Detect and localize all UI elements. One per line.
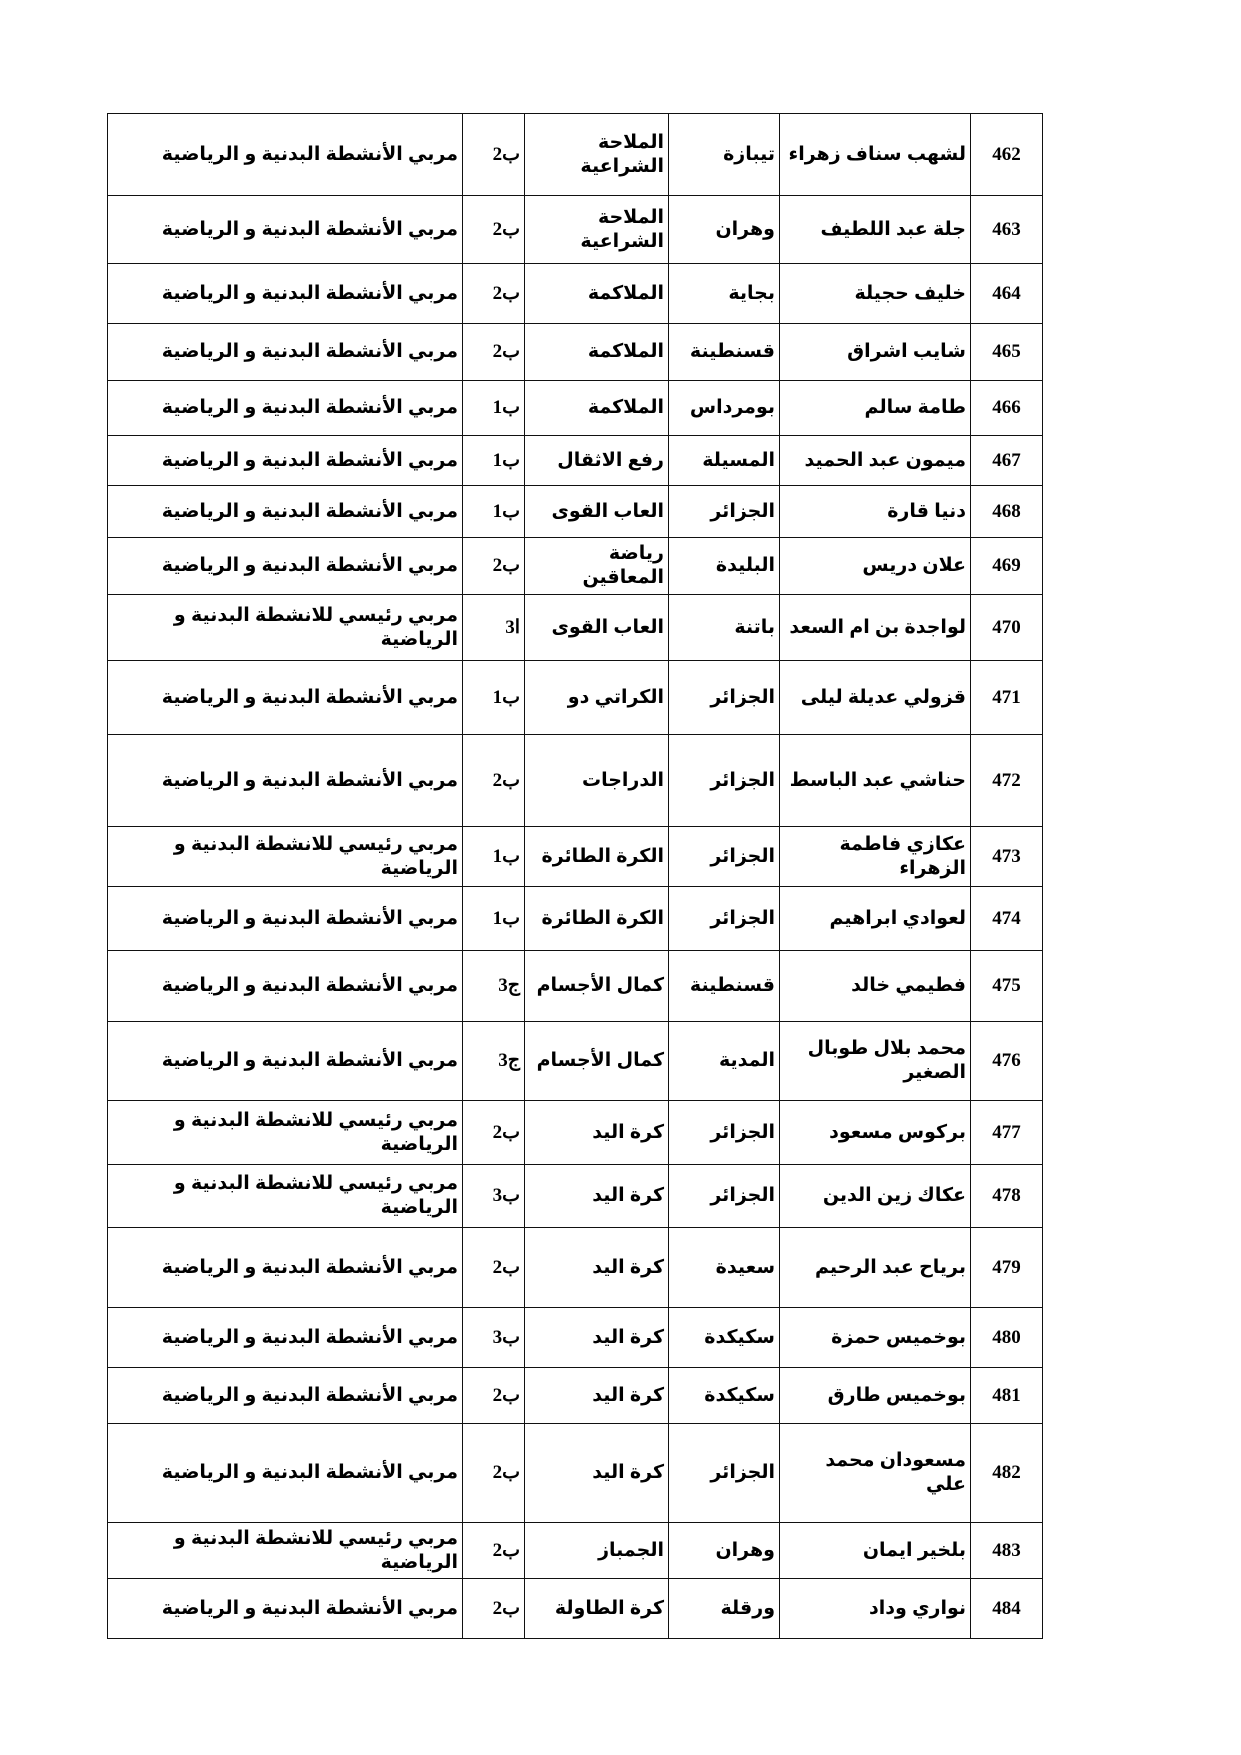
title-cell: مربي الأنشطة البدنية و الرياضية xyxy=(108,887,463,951)
title-cell: مربي رئيسي للانشطة البدنية و الرياضية xyxy=(108,1165,463,1228)
title-cell: مربي الأنشطة البدنية و الرياضية xyxy=(108,324,463,381)
title-cell: مربي الأنشطة البدنية و الرياضية xyxy=(108,538,463,595)
wilaya-cell: المسيلة xyxy=(669,436,780,486)
row-number-cell: 472 xyxy=(971,735,1043,827)
table-row: 465شايب اشراققسنطينةالملاكمةب2مربي الأنش… xyxy=(108,324,1043,381)
document-page: 462لشهب سناف زهراءتيبازةالملاحة الشراعية… xyxy=(0,0,1241,1755)
wilaya-cell: الجزائر xyxy=(669,1424,780,1523)
table-row: 476محمد بلال طوبال الصغيرالمديةكمال الأج… xyxy=(108,1022,1043,1101)
level-cell: ب3 xyxy=(463,1165,525,1228)
row-number-cell: 481 xyxy=(971,1368,1043,1424)
table-row: 484نواري ودادورقلةكرة الطاولةب2مربي الأن… xyxy=(108,1579,1043,1639)
sport-cell: كرة اليد xyxy=(525,1101,669,1165)
title-cell: مربي رئيسي للانشطة البدنية و الرياضية xyxy=(108,1101,463,1165)
wilaya-cell: بومرداس xyxy=(669,381,780,436)
name-cell: نواري وداد xyxy=(780,1579,971,1639)
title-cell: مربي الأنشطة البدنية و الرياضية xyxy=(108,381,463,436)
row-number-cell: 474 xyxy=(971,887,1043,951)
name-cell: دنيا قارة xyxy=(780,486,971,538)
wilaya-cell: الجزائر xyxy=(669,486,780,538)
wilaya-cell: الجزائر xyxy=(669,735,780,827)
sport-cell: الملاحة الشراعية xyxy=(525,196,669,264)
name-cell: حناشي عبد الباسط xyxy=(780,735,971,827)
name-cell: قزولي عديلة ليلى xyxy=(780,661,971,735)
title-cell: مربي الأنشطة البدنية و الرياضية xyxy=(108,1424,463,1523)
sport-cell: الملاحة الشراعية xyxy=(525,114,669,196)
row-number-cell: 478 xyxy=(971,1165,1043,1228)
row-number-cell: 475 xyxy=(971,951,1043,1022)
level-cell: ب1 xyxy=(463,661,525,735)
row-number-cell: 470 xyxy=(971,595,1043,661)
name-cell: لعوادي ابراهيم xyxy=(780,887,971,951)
level-cell: ب2 xyxy=(463,196,525,264)
row-number-cell: 462 xyxy=(971,114,1043,196)
sport-cell: العاب القوى xyxy=(525,486,669,538)
wilaya-cell: الجزائر xyxy=(669,661,780,735)
level-cell: ب2 xyxy=(463,1424,525,1523)
row-number-cell: 480 xyxy=(971,1308,1043,1368)
row-number-cell: 479 xyxy=(971,1228,1043,1308)
row-number-cell: 482 xyxy=(971,1424,1043,1523)
wilaya-cell: وهران xyxy=(669,1523,780,1579)
title-cell: مربي الأنشطة البدنية و الرياضية xyxy=(108,486,463,538)
table-row: 463جلة عبد اللطيفوهرانالملاحة الشراعيةب2… xyxy=(108,196,1043,264)
title-cell: مربي الأنشطة البدنية و الرياضية xyxy=(108,1022,463,1101)
row-number-cell: 466 xyxy=(971,381,1043,436)
table-row: 479برياح عبد الرحيمسعيدةكرة اليدب2مربي ا… xyxy=(108,1228,1043,1308)
row-number-cell: 464 xyxy=(971,264,1043,324)
level-cell: ب1 xyxy=(463,827,525,887)
sport-cell: رفع الاثقال xyxy=(525,436,669,486)
table-row: 464خليف حجيلةبجايةالملاكمةب2مربي الأنشطة… xyxy=(108,264,1043,324)
name-cell: بلخير ايمان xyxy=(780,1523,971,1579)
row-number-cell: 468 xyxy=(971,486,1043,538)
name-cell: ميمون عبد الحميد xyxy=(780,436,971,486)
table-row: 473عكازي فاطمة الزهراءالجزائرالكرة الطائ… xyxy=(108,827,1043,887)
row-number-cell: 473 xyxy=(971,827,1043,887)
title-cell: مربي رئيسي للانشطة البدنية و الرياضية xyxy=(108,827,463,887)
level-cell: ب2 xyxy=(463,735,525,827)
sport-cell: الملاكمة xyxy=(525,324,669,381)
table-body: 462لشهب سناف زهراءتيبازةالملاحة الشراعية… xyxy=(108,114,1043,1639)
title-cell: مربي الأنشطة البدنية و الرياضية xyxy=(108,661,463,735)
wilaya-cell: قسنطينة xyxy=(669,951,780,1022)
row-number-cell: 463 xyxy=(971,196,1043,264)
level-cell: ب2 xyxy=(463,1101,525,1165)
sport-cell: كرة اليد xyxy=(525,1368,669,1424)
name-cell: مسعودان محمد علي xyxy=(780,1424,971,1523)
row-number-cell: 476 xyxy=(971,1022,1043,1101)
row-number-cell: 471 xyxy=(971,661,1043,735)
table-row: 480بوخميس حمزةسكيكدةكرة اليدب3مربي الأنش… xyxy=(108,1308,1043,1368)
level-cell: ج3 xyxy=(463,951,525,1022)
title-cell: مربي الأنشطة البدنية و الرياضية xyxy=(108,436,463,486)
level-cell: ب2 xyxy=(463,1523,525,1579)
name-cell: شايب اشراق xyxy=(780,324,971,381)
level-cell: ب2 xyxy=(463,1579,525,1639)
sport-cell: كرة اليد xyxy=(525,1424,669,1523)
table-row: 462لشهب سناف زهراءتيبازةالملاحة الشراعية… xyxy=(108,114,1043,196)
table-row: 481بوخميس طارقسكيكدةكرة اليدب2مربي الأنش… xyxy=(108,1368,1043,1424)
title-cell: مربي الأنشطة البدنية و الرياضية xyxy=(108,114,463,196)
row-number-cell: 467 xyxy=(971,436,1043,486)
table-row: 466طامة سالمبومرداسالملاكمةب1مربي الأنشط… xyxy=(108,381,1043,436)
table-row: 475فطيمي خالدقسنطينةكمال الأجسامج3مربي ا… xyxy=(108,951,1043,1022)
wilaya-cell: باتنة xyxy=(669,595,780,661)
sport-cell: العاب القوى xyxy=(525,595,669,661)
row-number-cell: 465 xyxy=(971,324,1043,381)
wilaya-cell: وهران xyxy=(669,196,780,264)
sport-cell: كمال الأجسام xyxy=(525,1022,669,1101)
level-cell: ب1 xyxy=(463,436,525,486)
level-cell: ب2 xyxy=(463,538,525,595)
title-cell: مربي الأنشطة البدنية و الرياضية xyxy=(108,951,463,1022)
name-cell: محمد بلال طوبال الصغير xyxy=(780,1022,971,1101)
level-cell: ب1 xyxy=(463,887,525,951)
sport-cell: الملاكمة xyxy=(525,264,669,324)
name-cell: طامة سالم xyxy=(780,381,971,436)
table-row: 471قزولي عديلة ليلىالجزائرالكراتي دوب1مر… xyxy=(108,661,1043,735)
title-cell: مربي الأنشطة البدنية و الرياضية xyxy=(108,1228,463,1308)
name-cell: خليف حجيلة xyxy=(780,264,971,324)
row-number-cell: 469 xyxy=(971,538,1043,595)
table-row: 482مسعودان محمد عليالجزائركرة اليدب2مربي… xyxy=(108,1424,1043,1523)
table-row: 468دنيا قارةالجزائرالعاب القوىب1مربي الأ… xyxy=(108,486,1043,538)
name-cell: بوخميس حمزة xyxy=(780,1308,971,1368)
level-cell: ب2 xyxy=(463,264,525,324)
sport-cell: الكراتي دو xyxy=(525,661,669,735)
name-cell: لشهب سناف زهراء xyxy=(780,114,971,196)
name-cell: بوخميس طارق xyxy=(780,1368,971,1424)
wilaya-cell: الجزائر xyxy=(669,1165,780,1228)
sport-cell: الدراجات xyxy=(525,735,669,827)
name-cell: علان دريس xyxy=(780,538,971,595)
sport-cell: الجمباز xyxy=(525,1523,669,1579)
table-row: 474لعوادي ابراهيمالجزائرالكرة الطائرةب1م… xyxy=(108,887,1043,951)
wilaya-cell: الجزائر xyxy=(669,887,780,951)
wilaya-cell: المدية xyxy=(669,1022,780,1101)
level-cell: ج3 xyxy=(463,1022,525,1101)
sport-cell: كرة اليد xyxy=(525,1228,669,1308)
sport-cell: كرة الطاولة xyxy=(525,1579,669,1639)
title-cell: مربي الأنشطة البدنية و الرياضية xyxy=(108,1308,463,1368)
wilaya-cell: تيبازة xyxy=(669,114,780,196)
title-cell: مربي الأنشطة البدنية و الرياضية xyxy=(108,264,463,324)
level-cell: ب1 xyxy=(463,381,525,436)
name-cell: عكازي فاطمة الزهراء xyxy=(780,827,971,887)
level-cell: ب2 xyxy=(463,1228,525,1308)
row-number-cell: 477 xyxy=(971,1101,1043,1165)
table-row: 472حناشي عبد الباسطالجزائرالدراجاتب2مربي… xyxy=(108,735,1043,827)
sport-cell: رياضة المعاقين xyxy=(525,538,669,595)
wilaya-cell: الجزائر xyxy=(669,827,780,887)
wilaya-cell: سكيكدة xyxy=(669,1308,780,1368)
wilaya-cell: البليدة xyxy=(669,538,780,595)
wilaya-cell: ورقلة xyxy=(669,1579,780,1639)
name-cell: فطيمي خالد xyxy=(780,951,971,1022)
sport-cell: كمال الأجسام xyxy=(525,951,669,1022)
name-cell: جلة عبد اللطيف xyxy=(780,196,971,264)
level-cell: ب1 xyxy=(463,486,525,538)
sport-cell: الكرة الطائرة xyxy=(525,827,669,887)
sport-cell: كرة اليد xyxy=(525,1165,669,1228)
title-cell: مربي رئيسي للانشطة البدنية و الرياضية xyxy=(108,1523,463,1579)
name-cell: عكاك زين الدين xyxy=(780,1165,971,1228)
wilaya-cell: سكيكدة xyxy=(669,1368,780,1424)
table-row: 477بركوس مسعودالجزائركرة اليدب2مربي رئيس… xyxy=(108,1101,1043,1165)
title-cell: مربي رئيسي للانشطة البدنية و الرياضية xyxy=(108,595,463,661)
wilaya-cell: سعيدة xyxy=(669,1228,780,1308)
wilaya-cell: الجزائر xyxy=(669,1101,780,1165)
level-cell: ب3 xyxy=(463,1308,525,1368)
name-cell: لواجدة بن ام السعد xyxy=(780,595,971,661)
level-cell: ا3 xyxy=(463,595,525,661)
title-cell: مربي الأنشطة البدنية و الرياضية xyxy=(108,735,463,827)
table-row: 469علان دريسالبليدةرياضة المعاقينب2مربي … xyxy=(108,538,1043,595)
name-cell: بركوس مسعود xyxy=(780,1101,971,1165)
table-row: 483بلخير ايمانوهرانالجمبازب2مربي رئيسي ل… xyxy=(108,1523,1043,1579)
title-cell: مربي الأنشطة البدنية و الرياضية xyxy=(108,1579,463,1639)
title-cell: مربي الأنشطة البدنية و الرياضية xyxy=(108,196,463,264)
row-number-cell: 484 xyxy=(971,1579,1043,1639)
title-cell: مربي الأنشطة البدنية و الرياضية xyxy=(108,1368,463,1424)
row-number-cell: 483 xyxy=(971,1523,1043,1579)
name-cell: برياح عبد الرحيم xyxy=(780,1228,971,1308)
sport-cell: الكرة الطائرة xyxy=(525,887,669,951)
coaches-table: 462لشهب سناف زهراءتيبازةالملاحة الشراعية… xyxy=(107,113,1043,1639)
level-cell: ب2 xyxy=(463,114,525,196)
level-cell: ب2 xyxy=(463,1368,525,1424)
table-row: 470لواجدة بن ام السعدباتنةالعاب القوىا3م… xyxy=(108,595,1043,661)
sport-cell: كرة اليد xyxy=(525,1308,669,1368)
wilaya-cell: بجاية xyxy=(669,264,780,324)
table-row: 478عكاك زين الدينالجزائركرة اليدب3مربي ر… xyxy=(108,1165,1043,1228)
wilaya-cell: قسنطينة xyxy=(669,324,780,381)
level-cell: ب2 xyxy=(463,324,525,381)
sport-cell: الملاكمة xyxy=(525,381,669,436)
table-row: 467ميمون عبد الحميدالمسيلةرفع الاثقالب1م… xyxy=(108,436,1043,486)
